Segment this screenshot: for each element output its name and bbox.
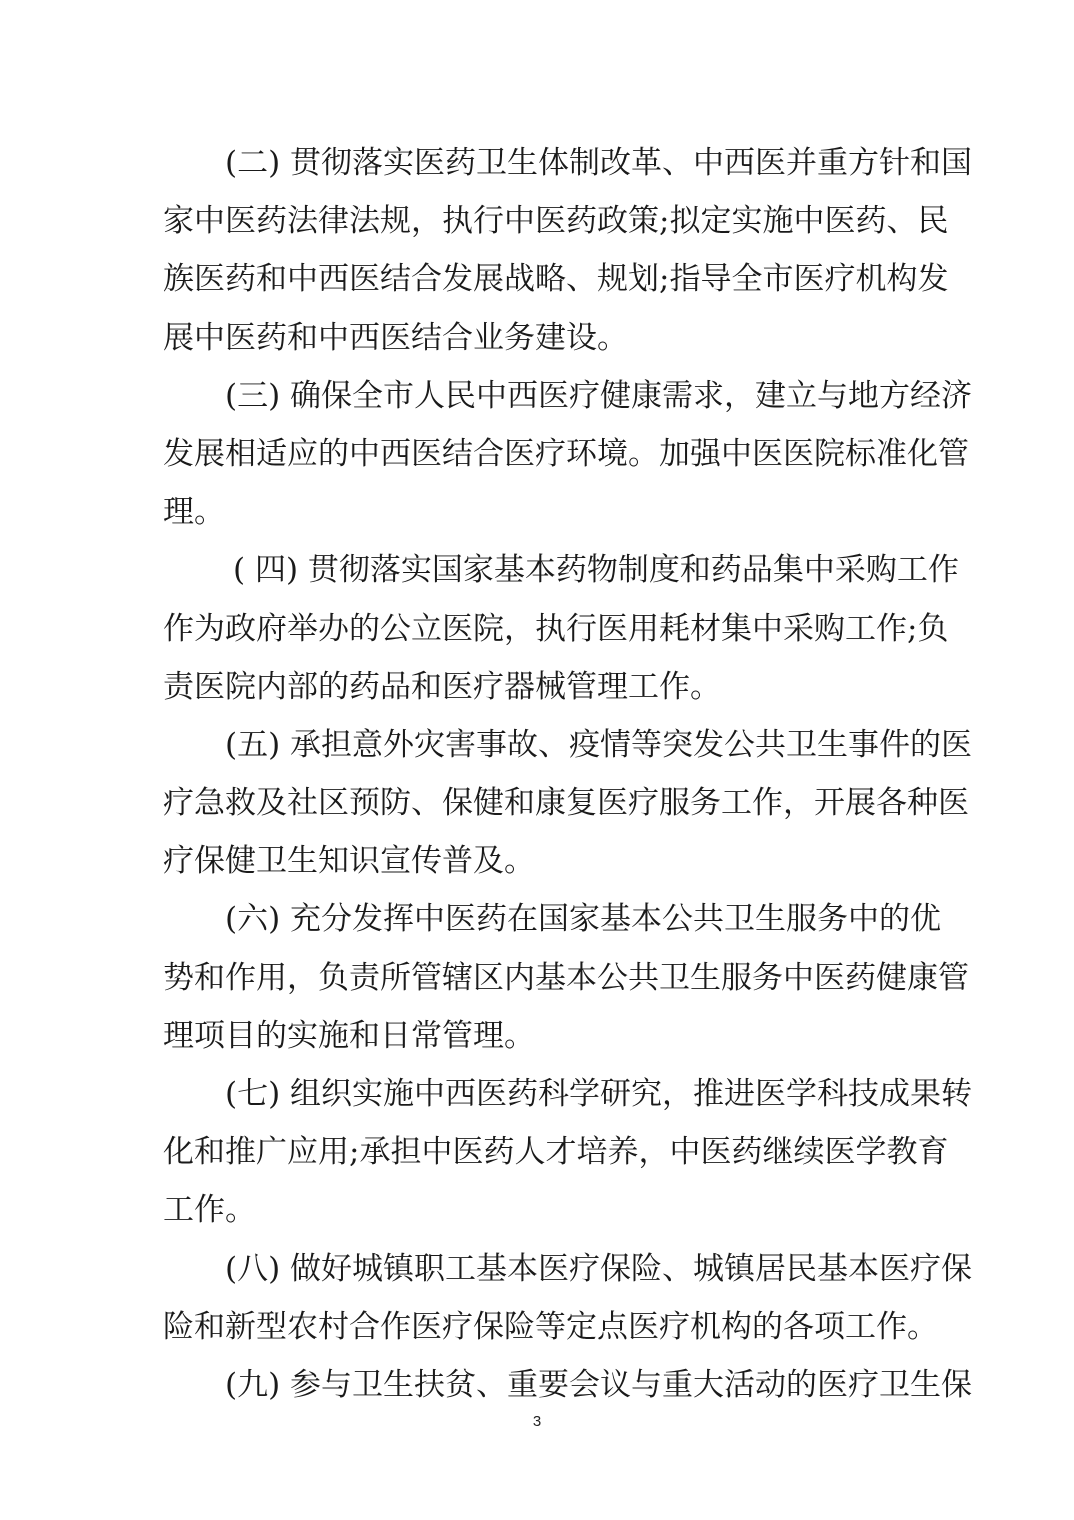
paragraph-item-4: ( 四) 贯彻落实国家基本药物制度和药品集中采购工作 作为政府举办的公立医院，执…: [163, 541, 915, 716]
paragraph-item-5: (五) 承担意外灾害事故、疫情等突发公共卫生事件的医 疗急救及社区预防、保健和康…: [163, 716, 915, 891]
text-line: 责医院内部的药品和医疗器械管理工作。: [163, 658, 915, 716]
text-line: 疗保健卫生知识宣传普及。: [163, 832, 915, 890]
text-line: (七) 组织实施中西医药科学研究，推进医学科技成果转: [163, 1065, 915, 1123]
text-line: 展中医药和中西医结合业务建设。: [163, 309, 915, 367]
paragraph-item-6: (六) 充分发挥中医药在国家基本公共卫生服务中的优 势和作用，负责所管辖区内基本…: [163, 890, 915, 1065]
text-line: (九) 参与卫生扶贫、重要会议与重大活动的医疗卫生保: [163, 1356, 915, 1414]
text-line: 作为政府举办的公立医院，执行医用耗材集中采购工作;负: [163, 600, 915, 658]
paragraph-item-8: (八) 做好城镇职工基本医疗保险、城镇居民基本医疗保 险和新型农村合作医疗保险等…: [163, 1240, 915, 1356]
text-line: (二) 贯彻落实医药卫生体制改革、中西医并重方针和国: [163, 134, 915, 192]
text-line: 理项目的实施和日常管理。: [163, 1007, 915, 1065]
text-line: (六) 充分发挥中医药在国家基本公共卫生服务中的优: [163, 890, 915, 948]
text-line: 族医药和中西医结合发展战略、规划;指导全市医疗机构发: [163, 250, 915, 308]
paragraph-item-9: (九) 参与卫生扶贫、重要会议与重大活动的医疗卫生保: [163, 1356, 915, 1414]
text-line: 疗急救及社区预防、保健和康复医疗服务工作，开展各种医: [163, 774, 915, 832]
paragraph-item-7: (七) 组织实施中西医药科学研究，推进医学科技成果转 化和推广应用;承担中医药人…: [163, 1065, 915, 1240]
text-line: (五) 承担意外灾害事故、疫情等突发公共卫生事件的医: [163, 716, 915, 774]
paragraph-item-2: (二) 贯彻落实医药卫生体制改革、中西医并重方针和国 家中医药法律法规，执行中医…: [163, 134, 915, 367]
text-line: 理。: [163, 483, 915, 541]
document-page: (二) 贯彻落实医药卫生体制改革、中西医并重方针和国 家中医药法律法规，执行中医…: [0, 0, 1074, 1520]
text-line: (三) 确保全市人民中西医疗健康需求，建立与地方经济: [163, 367, 915, 425]
text-line: (八) 做好城镇职工基本医疗保险、城镇居民基本医疗保: [163, 1240, 915, 1298]
text-line: ( 四) 贯彻落实国家基本药物制度和药品集中采购工作: [163, 541, 915, 599]
text-line: 发展相适应的中西医结合医疗环境。加强中医医院标准化管: [163, 425, 915, 483]
page-number: 3: [0, 1413, 1074, 1430]
text-line: 化和推广应用;承担中医药人才培养，中医药继续医学教育: [163, 1123, 915, 1181]
text-line: 家中医药法律法规，执行中医药政策;拟定实施中医药、民: [163, 192, 915, 250]
document-body: (二) 贯彻落实医药卫生体制改革、中西医并重方针和国 家中医药法律法规，执行中医…: [163, 134, 915, 1414]
text-line: 工作。: [163, 1181, 915, 1239]
paragraph-item-3: (三) 确保全市人民中西医疗健康需求，建立与地方经济 发展相适应的中西医结合医疗…: [163, 367, 915, 542]
text-line: 势和作用，负责所管辖区内基本公共卫生服务中医药健康管: [163, 949, 915, 1007]
text-line: 险和新型农村合作医疗保险等定点医疗机构的各项工作。: [163, 1298, 915, 1356]
